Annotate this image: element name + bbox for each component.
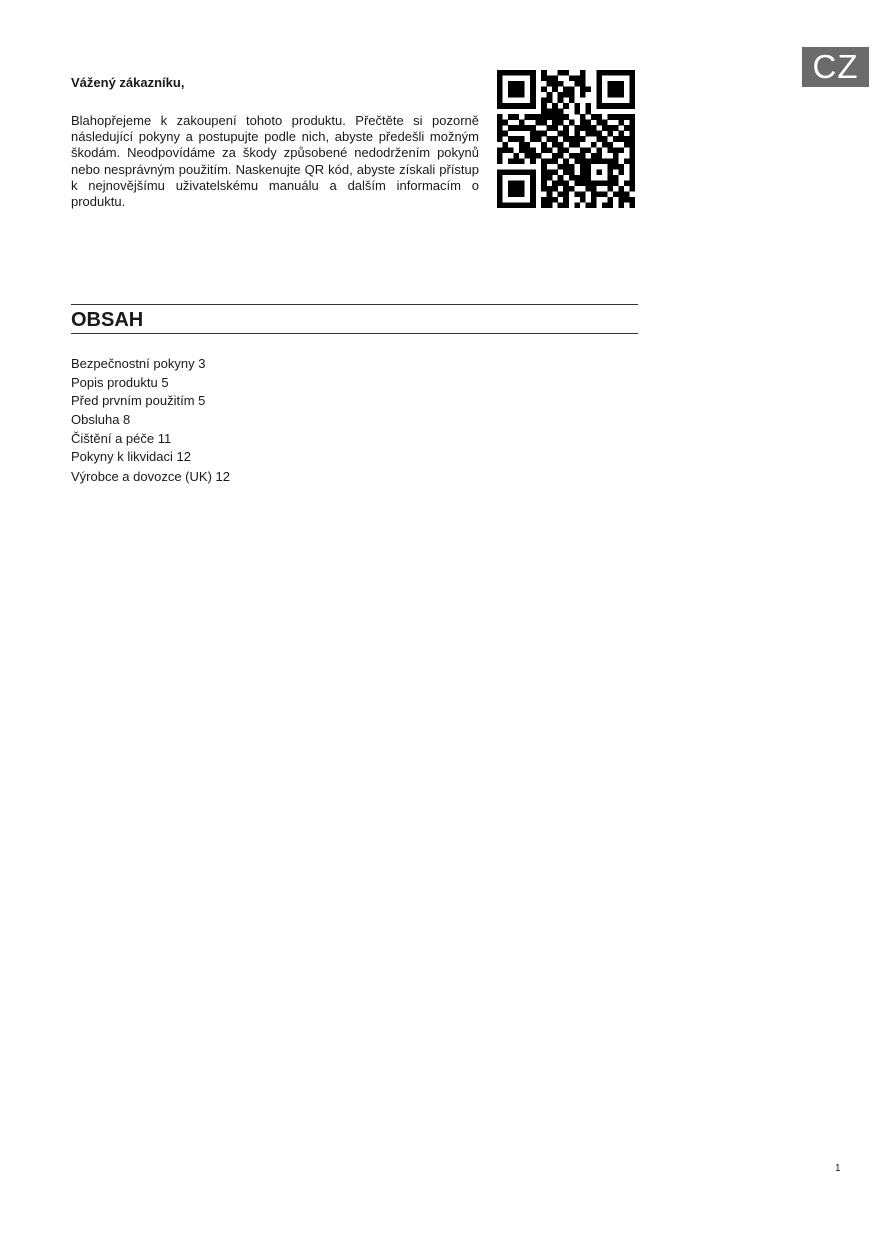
toc-item[interactable]: Čištění a péče 11 — [71, 430, 230, 449]
toc-item[interactable]: Popis produktu 5 — [71, 374, 230, 393]
toc-item[interactable]: Před prvním použitím 5 — [71, 392, 230, 411]
table-of-contents: Bezpečnostní pokyny 3 Popis produktu 5 P… — [71, 355, 230, 487]
toc-item[interactable]: Obsluha 8 — [71, 411, 230, 430]
intro-paragraph: Blahopřejeme k zakoupení tohoto produktu… — [71, 113, 479, 210]
section-divider-bottom — [71, 333, 638, 334]
qr-code-icon — [497, 69, 635, 209]
greeting: Vážený zákazníku, — [71, 75, 184, 90]
toc-item[interactable]: Bezpečnostní pokyny 3 — [71, 355, 230, 374]
page-number: 1 — [835, 1163, 841, 1174]
qr-code-graphic — [497, 69, 635, 209]
section-divider-top — [71, 304, 638, 305]
language-badge: CZ — [802, 47, 869, 87]
toc-item[interactable]: Výrobce a dovozce (UK) 12 — [71, 468, 230, 487]
toc-item[interactable]: Pokyny k likvidaci 12 — [71, 448, 230, 467]
toc-heading: OBSAH — [71, 309, 143, 332]
